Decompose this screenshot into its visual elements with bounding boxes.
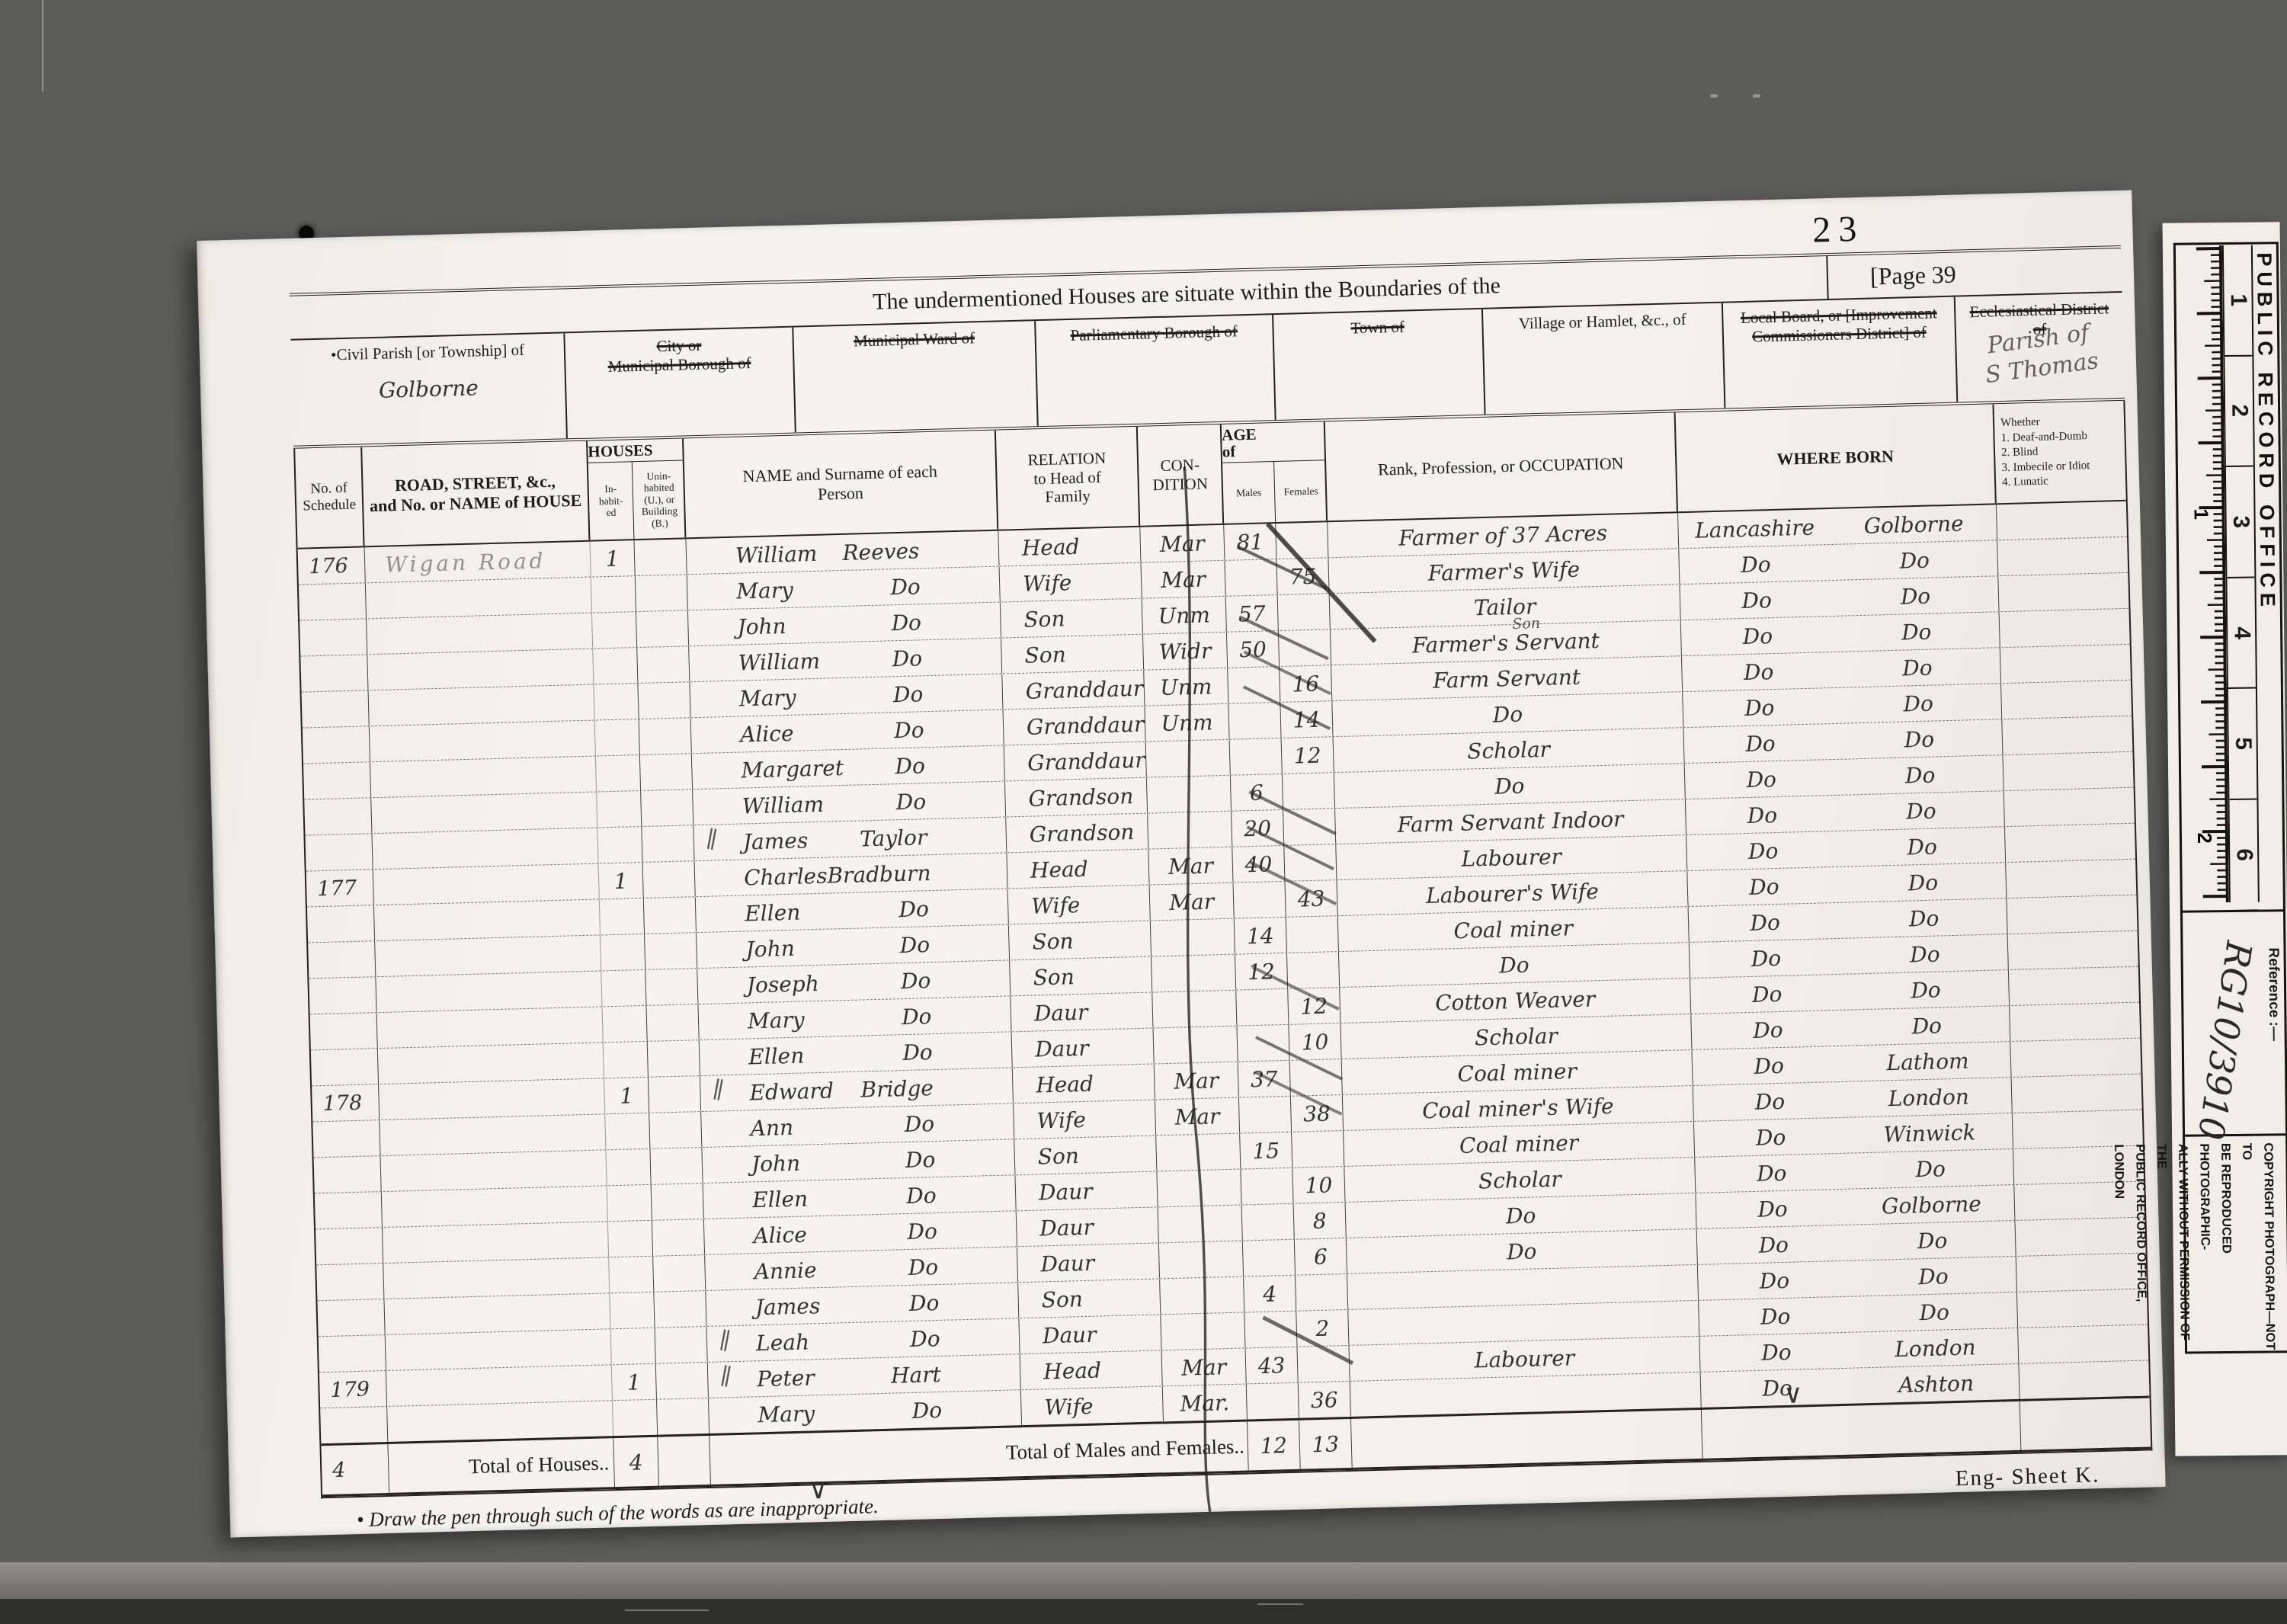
uninhabited-mark	[652, 1219, 705, 1256]
surname-or-ditto: Do	[911, 1397, 942, 1423]
occupation-text: Farmer of 37 Acres	[1398, 520, 1608, 550]
given-name: Annie	[754, 1257, 817, 1284]
relation-to-head: Head	[998, 527, 1141, 566]
occupation-text: Coal miner's Wife	[1422, 1093, 1614, 1123]
occupation-text: Do	[1492, 701, 1523, 727]
film-dashes: - -	[1707, 82, 1771, 109]
born-county: Do	[1683, 693, 1836, 722]
surname-or-ditto: Do	[890, 574, 921, 600]
condition: Widr	[1143, 633, 1228, 670]
relation-to-head: Grandson	[1005, 778, 1148, 817]
relation-to-head: Granddaur	[1004, 742, 1147, 781]
age-male	[1243, 1240, 1296, 1276]
age-male	[1228, 703, 1281, 739]
road-name	[381, 1150, 607, 1191]
ruler-number-box: 4	[2227, 578, 2256, 689]
occupation-text: Coal miner	[1457, 1058, 1577, 1086]
col-header-born: WHERE BORN	[1676, 404, 1997, 511]
location-label: Local Board, or [Improvement Commissione…	[1723, 303, 1955, 348]
occupation-text: Labourer	[1461, 844, 1562, 871]
age-female: 8	[1294, 1203, 1347, 1239]
uninhabited-mark	[643, 861, 696, 898]
occupation-text: Labourer's Wife	[1426, 879, 1599, 908]
schedule-number	[316, 1264, 384, 1300]
born-county: Do	[1699, 1337, 1853, 1366]
age-male	[1239, 1097, 1292, 1133]
age-female	[1296, 1274, 1348, 1311]
age-male: 15	[1240, 1132, 1292, 1169]
relation-to-head: Wife	[1014, 1100, 1156, 1139]
check-mark: ∨	[809, 1475, 828, 1506]
born-county: Lancashire	[1678, 514, 1831, 543]
inhabited-mark	[596, 755, 641, 792]
col-header-inhabited: In- habit- ed	[588, 462, 635, 540]
occupation-text: Coal miner	[1459, 1129, 1579, 1158]
born-place: Do	[1841, 904, 2007, 934]
enumerator-mark: ∥	[718, 1363, 733, 1391]
ruler-number: 2	[2226, 405, 2252, 418]
empty-cell	[1702, 1401, 2022, 1459]
born-county: Do	[1698, 1266, 1851, 1295]
occupation-text: Scholar	[1475, 1023, 1558, 1050]
relation-to-head: Daur	[1015, 1171, 1158, 1210]
surname-or-ditto: Do	[909, 1289, 940, 1315]
uninhabited-mark	[657, 1398, 709, 1435]
age-female	[1284, 844, 1337, 881]
uninhabited-mark	[640, 754, 693, 790]
born-place: Do	[1843, 1011, 2010, 1041]
born-county: Do	[1686, 836, 1840, 865]
infirmity-cell	[2009, 967, 2142, 1006]
inhabited-mark	[604, 1042, 649, 1078]
col-header-uninhabited: Unin- habited (U.), or Building (B.)	[633, 460, 687, 539]
col-group-houses: HOUSES In- habit- ed Unin- habited (U.),…	[588, 438, 686, 540]
inhabited-mark	[611, 1328, 656, 1365]
born-place: Do	[1842, 940, 2008, 969]
age-male: 4	[1244, 1276, 1296, 1312]
born-county: Do	[1680, 585, 1834, 614]
ruler-inch-number: 1	[2189, 508, 2212, 520]
given-name: Ellen	[748, 1043, 805, 1069]
ruler-number: 4	[2228, 626, 2254, 639]
relation-to-head: Son	[1010, 957, 1152, 996]
born-place: Do	[1837, 725, 2003, 754]
uninhabited-mark	[649, 1076, 701, 1113]
schedule-number	[309, 977, 376, 1014]
uninhabited-mark	[653, 1255, 706, 1292]
inhabited-mark	[610, 1292, 655, 1329]
relation-to-head: Son	[1014, 1136, 1157, 1174]
location-value: Golborne	[292, 373, 565, 405]
born-county: Do	[1695, 1158, 1848, 1187]
given-name: Alice	[740, 720, 794, 747]
born-place: Lathom	[1845, 1047, 2011, 1077]
infirmity-cell	[2001, 681, 2135, 719]
photographic-ruler: 12	[2176, 245, 2229, 903]
film-scratch	[625, 1610, 709, 1611]
location-cell: City or Municipal Borough of	[565, 328, 796, 439]
inhabited-mark	[595, 719, 640, 756]
relation-to-head: Head	[1020, 1350, 1163, 1389]
location-cell: •Civil Parish [or Township] ofGolborne	[290, 333, 568, 445]
born-county: Do	[1681, 621, 1834, 650]
location-label: Village or Hamlet, &c., of	[1483, 309, 1722, 335]
totals-schedule-value: 4	[321, 1444, 389, 1494]
condition: Mar	[1141, 561, 1225, 598]
age-female	[1279, 629, 1331, 666]
location-cell: Municipal Ward of	[793, 321, 1038, 432]
relation-to-head: Son	[1001, 635, 1144, 674]
condition	[1152, 955, 1236, 992]
surname-or-ditto: Taylor	[860, 825, 927, 851]
age-male: 6	[1231, 774, 1283, 811]
uninhabited-mark	[648, 1040, 700, 1077]
born-county: Do	[1699, 1302, 1852, 1331]
condition	[1153, 1027, 1238, 1064]
surname-or-ditto: Do	[906, 1183, 937, 1209]
surname-or-ditto: Do	[907, 1219, 937, 1244]
condition: Mar	[1155, 1062, 1239, 1100]
occupation-text: Coal miner	[1453, 915, 1573, 943]
age-female: 12	[1282, 737, 1334, 774]
inhabited-mark	[594, 684, 639, 720]
pro-reference-card: 12 123456 PUBLIC RECORD OFFICE Reference…	[2163, 222, 2287, 1456]
inhabited-mark	[592, 612, 637, 649]
relation-to-head: Grandson	[1006, 814, 1148, 853]
born-place: Do	[1835, 689, 2001, 719]
condition: Mar	[1140, 525, 1225, 562]
age-female: 6	[1295, 1238, 1347, 1275]
infirmity-cell	[2012, 1074, 2145, 1113]
relation-to-head: Son	[1001, 599, 1143, 638]
inhabited-mark	[597, 827, 642, 863]
road-name	[372, 828, 598, 869]
given-name: John	[751, 1150, 801, 1177]
age-female	[1283, 773, 1335, 809]
age-female: 75	[1276, 558, 1329, 594]
given-name: Charles	[744, 863, 828, 890]
infirmity-cell	[2005, 824, 2138, 863]
given-name: Joseph	[746, 970, 819, 997]
given-name: James	[742, 828, 808, 854]
uninhabited-mark	[636, 610, 689, 647]
uninhabited-mark	[656, 1363, 709, 1399]
given-name: William	[738, 648, 820, 675]
infirmity-cell	[2018, 1325, 2151, 1363]
location-label: City or Municipal Borough of	[565, 334, 793, 378]
uninhabited-mark	[645, 969, 698, 1005]
schedule-number	[314, 1156, 382, 1193]
given-name: William	[742, 791, 824, 818]
condition: Unm	[1145, 704, 1229, 742]
road-name	[367, 613, 593, 655]
condition	[1156, 1134, 1241, 1171]
occupation-text: Scholar	[1478, 1166, 1562, 1193]
born-county: Do	[1691, 1015, 1844, 1044]
age-female	[1287, 952, 1340, 988]
born-county: Do	[1687, 872, 1840, 901]
age-male: 43	[1246, 1347, 1299, 1384]
schedule-number	[311, 1049, 379, 1085]
age-male	[1228, 667, 1280, 703]
age-female: 43	[1286, 880, 1338, 917]
relation-to-head: Head	[1007, 850, 1149, 889]
surname-or-ditto: Bridge	[860, 1075, 934, 1102]
schedule-number	[303, 726, 370, 763]
location-label: Town of	[1273, 316, 1482, 340]
age-female	[1290, 1059, 1343, 1096]
occupation-correction: Son	[1512, 615, 1540, 633]
table-body: 176Wigan Road1WilliamReevesHeadMar81Farm…	[298, 501, 2150, 1443]
surname-or-ditto: Do	[910, 1325, 940, 1351]
road-name	[370, 721, 596, 762]
schedule-number	[299, 583, 367, 620]
uninhabited-mark	[636, 575, 688, 611]
age-male: 20	[1232, 810, 1284, 847]
schedule-number	[319, 1335, 386, 1372]
schedule-number	[304, 798, 372, 834]
condition	[1152, 991, 1237, 1028]
schedule-number: 178	[312, 1084, 380, 1121]
infirmity-cell	[2002, 716, 2135, 755]
schedule-number	[316, 1228, 383, 1264]
col-header-infirmity: Whether 1. Deaf-and-Dumb 2. Blind 3. Imb…	[1994, 401, 2128, 504]
infirmity-cell	[2015, 1217, 2148, 1256]
inhabited-mark	[600, 898, 645, 935]
schedule-number	[305, 834, 373, 870]
relation-to-head: Wife	[1008, 886, 1151, 924]
road-name	[370, 757, 597, 798]
born-place: Do	[1834, 617, 2000, 647]
uninhabited-mark	[642, 825, 694, 862]
film-scratch	[1257, 1603, 1303, 1605]
surname-or-ditto: Do	[891, 610, 921, 636]
born-place: Do	[1847, 1155, 2013, 1184]
age-male	[1244, 1312, 1297, 1348]
age-male: 50	[1227, 631, 1280, 668]
uninhabited-mark	[650, 1148, 703, 1184]
ruler-number-box: 6	[2229, 800, 2258, 911]
location-cell: Village or Hamlet, &c., of	[1483, 303, 1725, 415]
page-number-stamp: 23	[1812, 205, 1965, 251]
uninhabited-mark	[655, 1327, 708, 1363]
condition	[1159, 1241, 1244, 1279]
surname-or-ditto: Do	[900, 968, 930, 994]
occupation-text: Do	[1499, 952, 1529, 978]
copyright-notice: COPYRIGHT PHOTOGRAPH—NOT TO BE REPRODUCE…	[2190, 1142, 2281, 1353]
form-footnote: • Draw the pen through such of the words…	[357, 1494, 879, 1533]
road-name	[378, 1043, 604, 1084]
schedule-number	[303, 762, 371, 799]
born-place: Do	[1850, 1261, 2016, 1291]
surname-or-ditto: Do	[893, 681, 924, 707]
uninhabited-mark	[639, 718, 692, 754]
surname-or-ditto: Do	[908, 1254, 938, 1280]
road-name	[384, 1293, 610, 1334]
age-male: 40	[1232, 846, 1285, 882]
col-header-name: NAME and Surname of each Person	[684, 431, 998, 538]
uninhabited-mark	[649, 1112, 702, 1148]
road-name: Wigan Road	[365, 542, 591, 583]
given-name: Ann	[750, 1114, 793, 1140]
total-males-value: 12	[1248, 1421, 1301, 1471]
given-name: James	[754, 1293, 820, 1320]
relation-to-head: Daur	[1011, 993, 1153, 1032]
condition: Mar	[1155, 1098, 1240, 1136]
inhabited-mark	[613, 1400, 658, 1437]
uninhabited-mark	[644, 897, 697, 934]
age-male: 14	[1235, 918, 1287, 954]
road-name	[379, 1078, 605, 1120]
surname-or-ditto: Do	[892, 645, 922, 671]
given-name: John	[745, 935, 795, 962]
infirmity-cell	[2016, 1253, 2150, 1292]
condition	[1151, 919, 1235, 956]
road-name	[383, 1257, 610, 1299]
col-header-females: Females	[1274, 460, 1328, 522]
ruler-number: 6	[2231, 848, 2257, 861]
location-label: •Civil Parish [or Township] of	[291, 339, 565, 366]
born-county: Do	[1701, 1373, 1854, 1402]
born-place: Do	[1839, 832, 2005, 862]
infirmity-cell	[2013, 1110, 2146, 1148]
infirmity-cell	[2010, 1038, 2144, 1077]
given-name: Peter	[757, 1365, 815, 1392]
relation-to-head: Daur	[1017, 1243, 1160, 1282]
infirmity-cell	[2004, 788, 2138, 827]
ruler-number-box: 3	[2226, 467, 2255, 578]
inhabited-mark	[601, 970, 646, 1007]
occupation-text: Farm Servant Indoor	[1397, 806, 1624, 838]
inhabited-mark	[606, 1149, 651, 1186]
born-place: Do	[1840, 868, 2007, 898]
road-name	[387, 1401, 613, 1442]
condition: Mar.	[1163, 1384, 1248, 1421]
col-group-age: AGE of Males Females	[1222, 421, 1328, 524]
born-county: Do	[1679, 549, 1832, 578]
road-name	[371, 793, 597, 834]
relation-to-head: Son	[1009, 921, 1152, 960]
born-county: Do	[1686, 800, 1839, 829]
born-place: Do	[1851, 1297, 2017, 1327]
road-name	[382, 1186, 608, 1227]
relation-to-head: Daur	[1017, 1207, 1159, 1246]
age-female: 38	[1291, 1095, 1344, 1132]
age-female	[1283, 809, 1336, 845]
relation-to-head: Daur	[1019, 1315, 1161, 1353]
col-header-relation: RELATION to Head of Family	[996, 427, 1140, 530]
road-name	[386, 1329, 612, 1370]
age-male: 57	[1226, 595, 1279, 632]
relation-to-head: Wife	[1000, 563, 1142, 602]
uninhabited-mark	[645, 933, 697, 969]
ruler-number-box: 5	[2228, 689, 2257, 800]
schedule-number	[300, 655, 368, 691]
location-cell: Local Board, or [Improvement Commissione…	[1722, 297, 1958, 408]
given-name: Mary	[736, 577, 793, 604]
born-place: Golborne	[1849, 1190, 2015, 1220]
surname-or-ditto: Do	[905, 1147, 936, 1173]
age-female: 10	[1289, 1023, 1341, 1060]
born-place: London	[1846, 1083, 2012, 1113]
inhabited-mark: 1	[612, 1364, 657, 1401]
schedule-number	[315, 1192, 383, 1228]
born-county: Do	[1693, 1087, 1847, 1116]
born-place: Golborne	[1831, 510, 1997, 540]
given-name: Ellen	[745, 899, 801, 926]
total-houses-value: 4	[613, 1437, 659, 1487]
schedule-number: 179	[319, 1371, 387, 1408]
schedule-number	[307, 905, 375, 942]
uninhabited-mark	[646, 1004, 699, 1041]
age-male: 37	[1238, 1061, 1291, 1097]
road-name	[375, 935, 601, 976]
inhabited-mark	[597, 791, 642, 828]
born-place: London	[1853, 1333, 2019, 1363]
age-male	[1234, 882, 1286, 918]
inhabited-mark: 1	[599, 863, 644, 899]
uninhabited-mark	[634, 539, 687, 575]
occupation-text: Cotton Weaver	[1435, 986, 1596, 1015]
surname-or-ditto: Do	[898, 896, 929, 922]
film-scratch	[42, 0, 43, 91]
infirmity-cell	[2003, 752, 2136, 791]
road-name	[383, 1222, 609, 1263]
condition	[1148, 812, 1232, 849]
age-female: 10	[1292, 1167, 1345, 1203]
age-female	[1297, 1346, 1350, 1382]
condition	[1158, 1206, 1243, 1243]
inhabited-mark	[593, 648, 638, 684]
inhabited-mark	[609, 1257, 654, 1293]
occupation-text: Farmer's Servant	[1411, 627, 1600, 657]
road-name	[386, 1365, 613, 1406]
age-female	[1286, 916, 1339, 953]
condition: Unm	[1144, 668, 1228, 706]
surname-or-ditto: Do	[895, 789, 926, 815]
road-name	[376, 971, 602, 1012]
road-name	[369, 685, 595, 726]
road-name	[373, 863, 600, 905]
surname-or-ditto: Hart	[891, 1361, 942, 1388]
col-header-condition: CON- DITION	[1138, 424, 1224, 526]
condition	[1146, 740, 1231, 777]
age-female: 14	[1280, 701, 1333, 738]
given-name: Leah	[756, 1329, 810, 1356]
born-place: Ashton	[1853, 1369, 2020, 1398]
condition	[1157, 1170, 1241, 1207]
given-name: Mary	[758, 1401, 815, 1427]
born-county: Do	[1685, 764, 1838, 793]
born-county: Do	[1693, 1051, 1846, 1080]
inhabited-mark	[601, 934, 645, 971]
empty-cell	[1351, 1410, 1703, 1468]
ruler-number-box: 2	[2225, 356, 2253, 467]
occupation-text: Do	[1505, 1203, 1536, 1228]
schedule-number	[312, 1120, 380, 1157]
col-header-occupation: Rank, Profession, or OCCUPATION	[1325, 412, 1678, 521]
uninhabited-mark	[652, 1184, 704, 1220]
empty-cell	[2020, 1398, 2154, 1450]
born-place: Do	[1843, 975, 2009, 1005]
location-cell: Parliamentary Borough of	[1036, 315, 1276, 426]
occupation-text: Farm Servant	[1433, 664, 1581, 693]
col-header-road: ROAD, STREET, &c., and No. or NAME of HO…	[362, 441, 590, 546]
given-name: Mary	[739, 684, 796, 711]
total-females-value: 13	[1299, 1419, 1353, 1469]
schedule-number	[299, 619, 367, 655]
given-name: John	[737, 613, 786, 639]
